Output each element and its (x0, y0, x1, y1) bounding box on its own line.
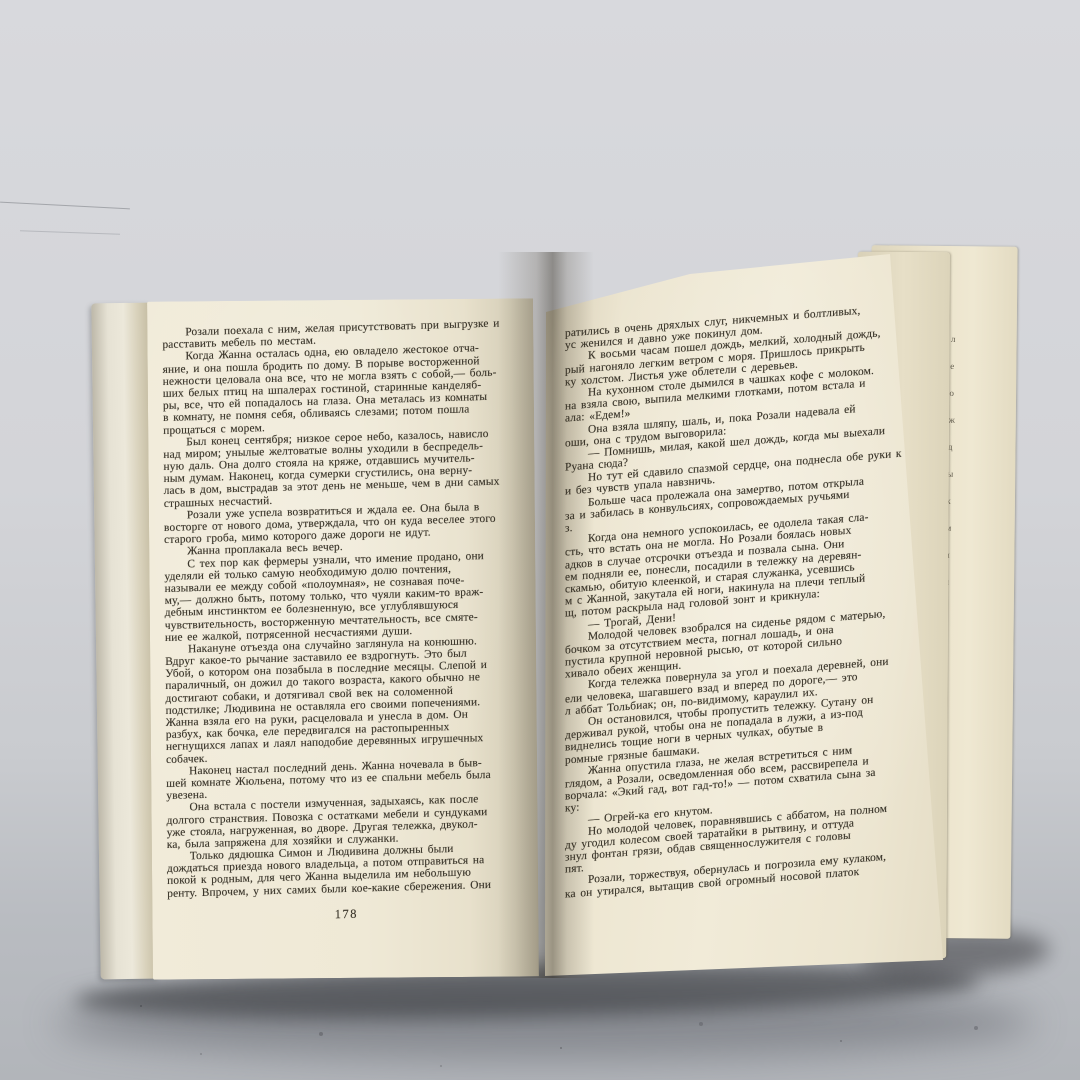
text-line: л (951, 335, 967, 344)
left-page-text: Розали поехала с ним, желая присутствова… (162, 317, 525, 925)
text-line: о (949, 389, 965, 398)
right-page-text: ратились в очень дряхлых слуг, никчемных… (565, 300, 919, 900)
table-scratch (0, 202, 130, 210)
text-line: д (948, 443, 964, 452)
table-scratch (20, 230, 120, 234)
right-page-lines: ратились в очень дряхлых слуг, никчемных… (565, 300, 919, 900)
photo-of-open-book: леождыкмииоиео Розали поехала с ним, жел… (0, 0, 1080, 1080)
text-line: ы (947, 470, 963, 479)
text-line: к (946, 497, 962, 506)
book-gutter-shadow (498, 252, 594, 978)
text-line: е (950, 362, 966, 371)
text-line: ж (949, 416, 965, 425)
left-page-lines: Розали поехала с ним, желая присутствова… (162, 317, 525, 900)
page-number: 178 (167, 903, 525, 925)
right-page: ратились в очень дряхлых слуг, никчемных… (540, 248, 946, 980)
left-page: Розали поехала с ним, желая присутствова… (147, 298, 539, 979)
